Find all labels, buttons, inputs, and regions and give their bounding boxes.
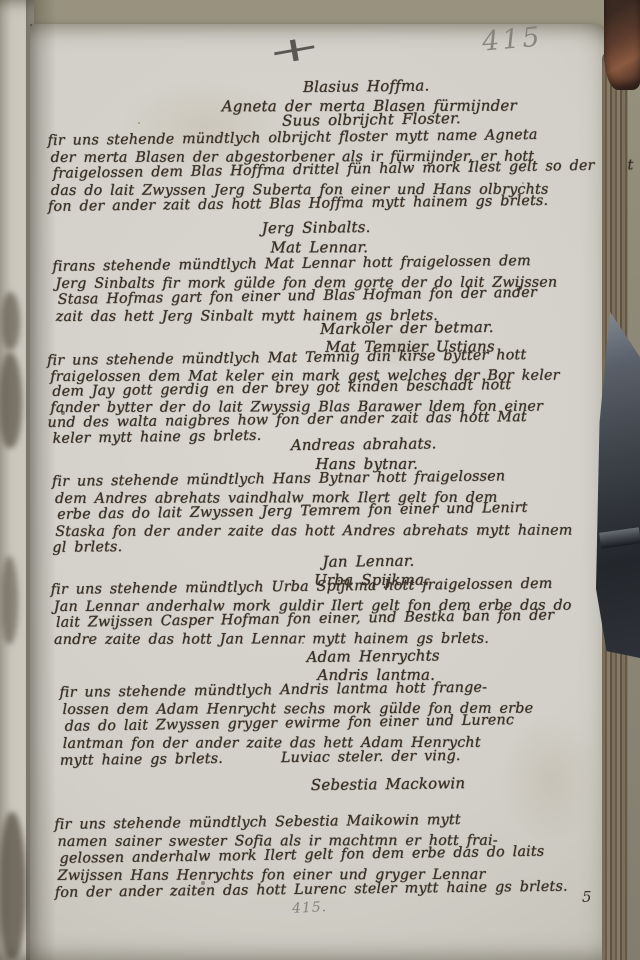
corner-numeral: 5 [582, 888, 592, 906]
name-line: Blasius Hoffma. [88, 75, 640, 99]
manuscript-paragraph: fir uns stehende mündtlych Sebestia Maik… [48, 813, 611, 902]
text-segment: mytt haine gs brlets. [60, 751, 223, 770]
manuscript-page: + 415 Blasius Hoffma.Agneta der merta Bl… [30, 24, 614, 960]
entry-heading: Blasius Hoffma.Agneta der merta Blasen f… [88, 78, 640, 133]
book-gutter-shadow [26, 0, 56, 960]
ink-bleedthrough [2, 556, 18, 644]
text-line: fir uns stehende mündtlych Sebestia Maik… [54, 810, 610, 834]
party-names: Sebestia Mackowin [110, 776, 640, 797]
ink-bleedthrough [2, 292, 20, 350]
manuscript-paragraph: fir uns stehende mündtlych Mat Temnig di… [45, 350, 604, 447]
manuscript-paragraph: fir uns stehende mündtlych Andris lantma… [47, 681, 616, 770]
book-cover-corner [604, 0, 640, 90]
ink-bleedthrough [0, 812, 26, 960]
name-line: Adam Henrychts [95, 645, 640, 668]
folio-number-bottom: 415. [292, 899, 328, 917]
manuscript-paragraph: fir uns stehende mündtlych Hans Bytnar h… [46, 470, 609, 556]
name-line: Jerg Sinbalts. [38, 216, 594, 240]
manuscript-text: Blasius Hoffma.Agneta der merta Blasen f… [43, 22, 606, 960]
text-segment: Luviac steler. der ving. [281, 748, 461, 767]
manuscript-photo: + 415 Blasius Hoffma.Agneta der merta Bl… [0, 0, 640, 960]
manuscript-paragraph: fir uns stehende mündtlych olbrijcht flo… [43, 129, 604, 215]
text-line: andre zaite das hott Jan Lennar mytt hai… [54, 630, 610, 648]
manuscript-paragraph: firans stehende mündtlych Mat Lennar hot… [44, 255, 608, 325]
manuscript-paragraph: fir uns stehende mündtlych Urba Spijkma … [47, 578, 607, 648]
ink-bleedthrough [0, 352, 22, 448]
party-names: Jerg Sinbalts.Mat Lennar. [38, 219, 594, 257]
name-line: Sebestia Mackowin [110, 773, 640, 797]
